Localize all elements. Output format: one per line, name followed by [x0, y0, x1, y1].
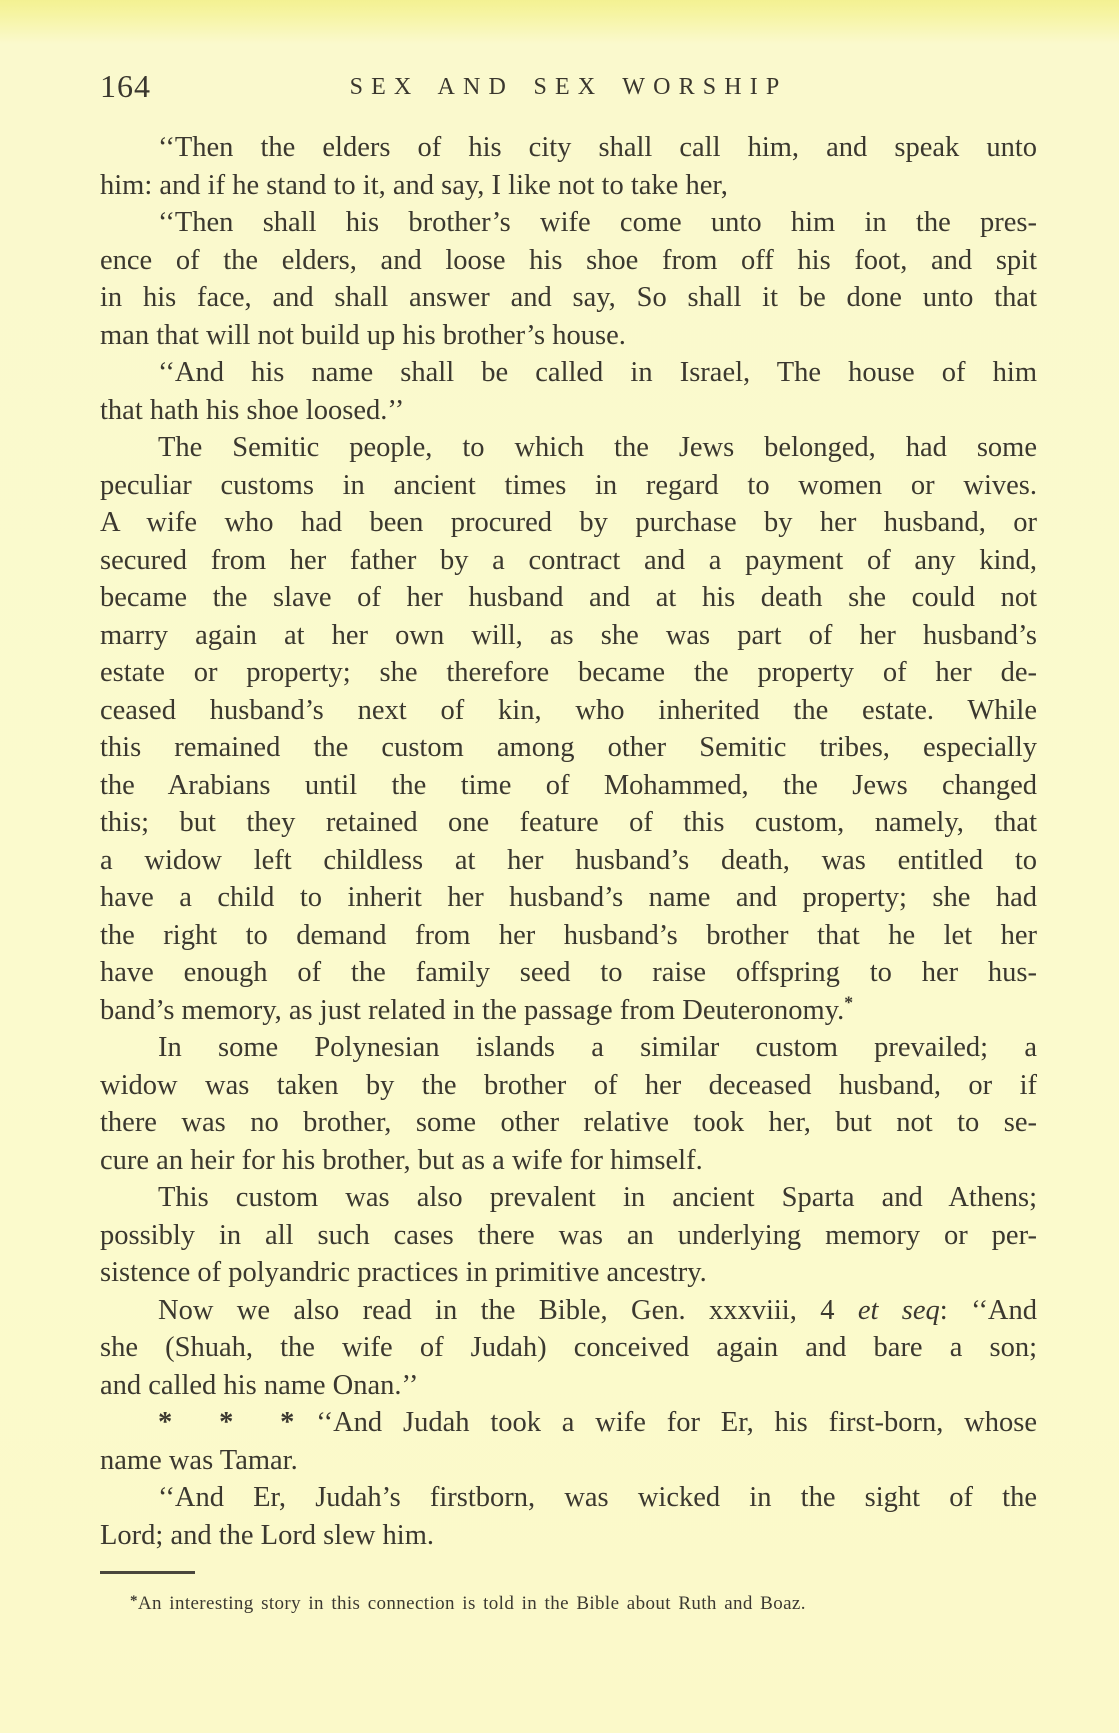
text-line: estate or property; she therefore became… — [100, 654, 1037, 692]
text-line: there was no brother, some other relativ… — [100, 1104, 1037, 1142]
text-line: and called his name Onan.’’ — [100, 1367, 1037, 1405]
text-line: have enough of the family seed to raise … — [100, 954, 1037, 992]
footnote-marker: * — [130, 1593, 138, 1609]
text-line: name was Tamar. — [100, 1442, 1037, 1480]
text-line: possibly in all such cases there was an … — [100, 1217, 1037, 1255]
paragraph: This custom was also prevalent in ancien… — [100, 1179, 1037, 1292]
text-line: The Semitic people, to which the Jews be… — [100, 429, 1037, 467]
paragraph: Now we also read in the Bible, Gen. xxxv… — [100, 1292, 1037, 1405]
text-line: secured from her father by a contract an… — [100, 542, 1037, 580]
text-line: cure an heir for his brother, but as a w… — [100, 1142, 1037, 1180]
text-line: band’s memory, as just related in the pa… — [100, 992, 1037, 1030]
paragraph: * * * ‘‘And Judah took a wife for Er, hi… — [100, 1404, 1037, 1479]
text-line: she (Shuah, the wife of Judah) conceived… — [100, 1329, 1037, 1367]
text-line: the right to demand from her husband’s b… — [100, 917, 1037, 955]
text-line: sistence of polyandric practices in prim… — [100, 1254, 1037, 1292]
italic-text: et seq — [858, 1295, 940, 1326]
text-line: became the slave of her husband and at h… — [100, 579, 1037, 617]
text-line: This custom was also prevalent in ancien… — [100, 1179, 1037, 1217]
text-line: Lord; and the Lord slew him. — [100, 1517, 1037, 1555]
text-line: the Arabians until the time of Mohammed,… — [100, 767, 1037, 805]
page-header: 164 SEX AND SEX WORSHIP — [100, 68, 1037, 108]
text-segment: : ‘‘And — [940, 1295, 1037, 1326]
sup-text: * — [844, 992, 853, 1012]
text-line: ‘‘Then shall his brother’s wife come unt… — [100, 204, 1037, 242]
book-page: 164 SEX AND SEX WORSHIP ‘‘Then the elder… — [0, 0, 1119, 1733]
text-line: in his face, and shall answer and say, S… — [100, 279, 1037, 317]
paragraph: ‘‘Then shall his brother’s wife come unt… — [100, 204, 1037, 354]
footnote-rule — [100, 1571, 195, 1574]
text-line: widow was taken by the brother of her de… — [100, 1067, 1037, 1105]
text-line: this remained the custom among other Sem… — [100, 729, 1037, 767]
text-line: that hath his shoe loosed.’’ — [100, 392, 1037, 430]
text-line: marry again at her own will, as she was … — [100, 617, 1037, 655]
text-line: In some Polynesian islands a similar cus… — [100, 1029, 1037, 1067]
text-line: * * * ‘‘And Judah took a wife for Er, hi… — [100, 1404, 1037, 1442]
text-line: a widow left childless at her husband’s … — [100, 842, 1037, 880]
paragraph: ‘‘And Er, Judah’s firstborn, was wicked … — [100, 1479, 1037, 1554]
text-line: him: and if he stand to it, and say, I l… — [100, 167, 1037, 205]
paragraph: In some Polynesian islands a similar cus… — [100, 1029, 1037, 1179]
text-line: ceased husband’s next of kin, who inheri… — [100, 692, 1037, 730]
body-text: ‘‘Then the elders of his city shall call… — [100, 129, 1037, 1554]
paragraph: The Semitic people, to which the Jews be… — [100, 429, 1037, 1029]
text-line: man that will not build up his brother’s… — [100, 317, 1037, 355]
text-line: A wife who had been procured by purchase… — [100, 504, 1037, 542]
text-line: Now we also read in the Bible, Gen. xxxv… — [100, 1292, 1037, 1330]
footnote: *An interesting story in this connection… — [100, 1588, 1037, 1617]
paragraph: ‘‘Then the elders of his city shall call… — [100, 129, 1037, 204]
text-line: ence of the elders, and loose his shoe f… — [100, 242, 1037, 280]
stars-text: * * * — [158, 1407, 295, 1438]
text-line: peculiar customs in ancient times in reg… — [100, 467, 1037, 505]
text-line: ‘‘And his name shall be called in Israel… — [100, 354, 1037, 392]
footnote-text: An interesting story in this connection … — [138, 1593, 806, 1614]
text-line: ‘‘And Er, Judah’s firstborn, was wicked … — [100, 1479, 1037, 1517]
paragraph: ‘‘And his name shall be called in Israel… — [100, 354, 1037, 429]
text-line: have a child to inherit her husband’s na… — [100, 879, 1037, 917]
text-line: ‘‘Then the elders of his city shall call… — [100, 129, 1037, 167]
running-head: SEX AND SEX WORSHIP — [100, 74, 1037, 101]
text-line: this; but they retained one feature of t… — [100, 804, 1037, 842]
